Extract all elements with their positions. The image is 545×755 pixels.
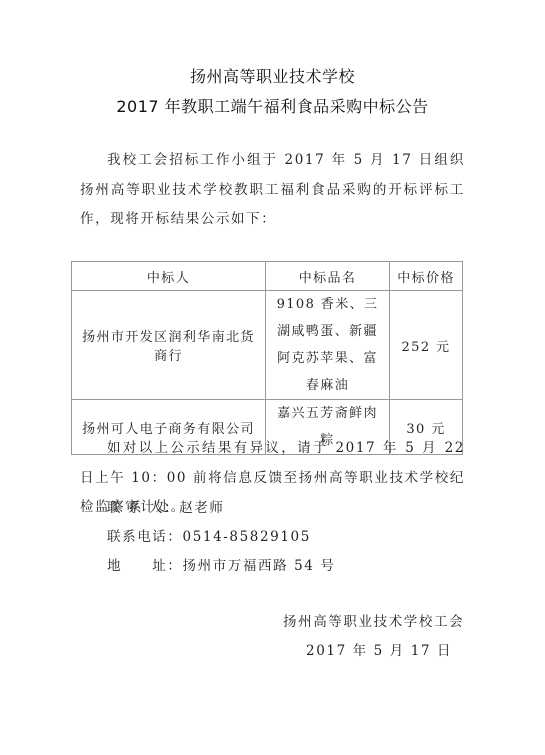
contact-address-label: 地 址： — [107, 558, 183, 574]
contact-person: 联 系 人：赵老师 — [107, 496, 225, 516]
notice-title: 2017 年教职工端午福利食品采购中标公告 — [0, 94, 545, 117]
items-cell: 9108 香米、三湖咸鸭蛋、新疆阿克苏苹果、富春麻油 — [266, 291, 390, 400]
contact-person-value: 赵老师 — [179, 500, 224, 516]
winner-cell: 扬州市开发区润利华南北货商行 — [72, 291, 266, 400]
contact-address: 地 址：扬州市万福西路 54 号 — [107, 554, 335, 574]
school-name: 扬州高等职业技术学校 — [0, 64, 545, 87]
table-row: 扬州市开发区润利华南北货商行 9108 香米、三湖咸鸭蛋、新疆阿克苏苹果、富春麻… — [72, 291, 463, 400]
signature-org: 扬州高等职业技术学校工会 — [283, 610, 464, 630]
intro-paragraph: 我校工会招标工作小组于 2017 年 5 月 17 日组织扬州高等职业技术学校教… — [80, 146, 465, 235]
contact-phone-value: 0514-85829105 — [183, 529, 311, 545]
contact-person-label: 联 系 人： — [107, 500, 179, 516]
contact-phone: 联系电话：0514-85829105 — [107, 525, 311, 545]
header-items: 中标品名 — [266, 262, 390, 291]
award-table: 中标人 中标品名 中标价格 扬州市开发区润利华南北货商行 9108 香米、三湖咸… — [71, 261, 463, 455]
price-cell: 252 元 — [390, 291, 463, 400]
contact-phone-label: 联系电话： — [107, 529, 183, 545]
header-price: 中标价格 — [390, 262, 463, 291]
table-header-row: 中标人 中标品名 中标价格 — [72, 262, 463, 291]
contact-address-value: 扬州市万福西路 54 号 — [183, 558, 336, 574]
signature-date: 2017 年 5 月 17 日 — [306, 639, 452, 659]
header-winner: 中标人 — [72, 262, 266, 291]
